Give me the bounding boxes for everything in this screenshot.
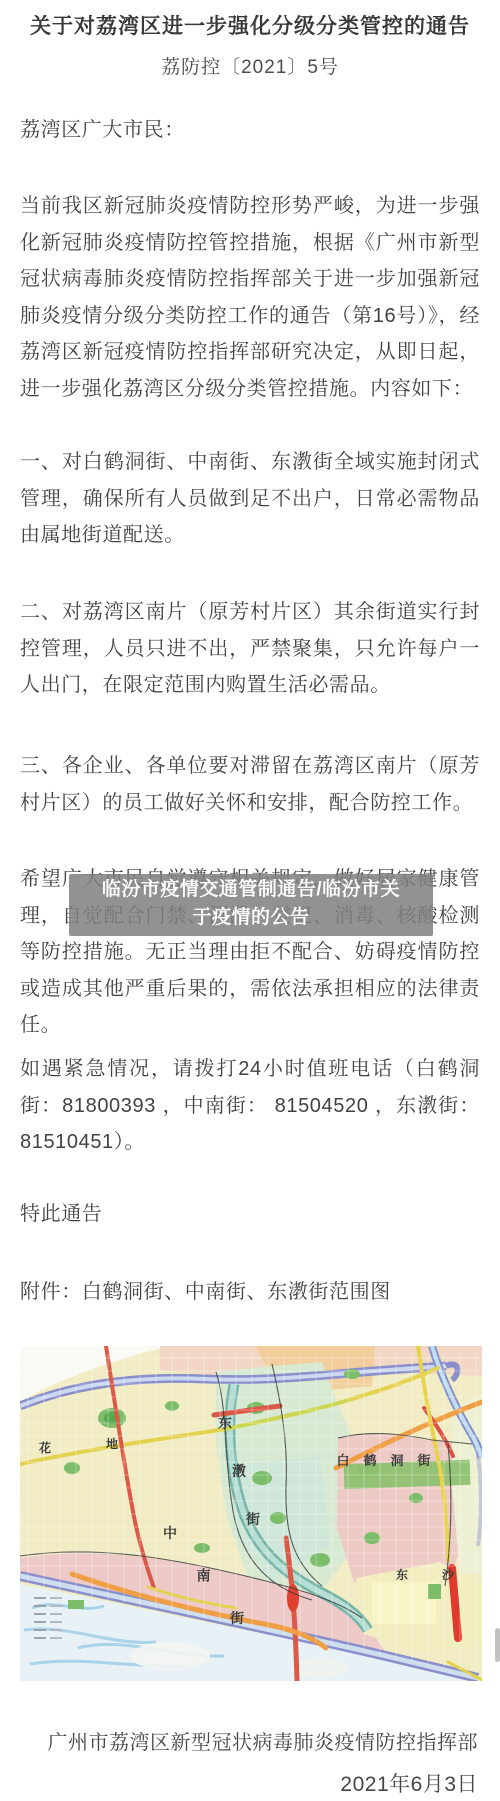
svg-text:街: 街 [416, 1453, 430, 1468]
svg-text:白: 白 [336, 1453, 349, 1468]
district-map-image: 花地东漖街白鹤洞街中南街东沙 [20, 1346, 482, 1681]
notice-title: 关于对荔湾区进一步强化分级分类管控的通告 [0, 10, 500, 40]
closing-phrase: 特此通告 [20, 1196, 480, 1233]
svg-text:中: 中 [163, 1525, 177, 1541]
svg-text:地: 地 [106, 1436, 118, 1451]
attachment-label: 附件：白鹤洞街、中南街、东漖街范围图 [20, 1274, 480, 1311]
notice-paragraph: 三、各企业、各单位要对滞留在荔湾区南片（原芳村片区）的员工做好关怀和安排，配合防… [20, 748, 480, 821]
watermark-overlay: 临汾市疫情交通管制通告/临汾市关于疫情的公告 [69, 874, 433, 936]
svg-text:沙: 沙 [442, 1567, 455, 1582]
notice-paragraph: 如遇紧急情况，请拨打24小时值班电话（白鹤洞街：81800393 ，中南街： 8… [20, 1051, 480, 1161]
svg-text:洞: 洞 [390, 1453, 403, 1468]
svg-text:南: 南 [197, 1568, 211, 1584]
notice-doc-number: 荔防控〔2021〕5号 [0, 52, 500, 79]
map-island [130, 1642, 210, 1670]
document-date: 2021年6月3日 [20, 1768, 478, 1798]
notice-paragraph: 当前我区新冠肺炎疫情防控形势严峻，为进一步强化新冠肺炎疫情防控管控措施，根据《广… [20, 188, 480, 407]
svg-text:东: 东 [396, 1567, 408, 1582]
issuer-line: 广州市荔湾区新型冠状病毒肺炎疫情防控指挥部 [20, 1726, 478, 1755]
svg-text:鹤: 鹤 [362, 1453, 377, 1468]
svg-text:东: 东 [218, 1415, 232, 1431]
notice-paragraph: 二、对荔湾区南片（原芳村片区）其余街道实行封控管理，人员只进不出，严禁聚集，只允… [20, 594, 480, 704]
map-pale-block [372, 1582, 436, 1624]
svg-text:漖: 漖 [232, 1463, 246, 1479]
scrollbar-thumb[interactable] [495, 1628, 500, 1662]
salutation: 荔湾区广大市民： [20, 112, 480, 149]
notice-paragraph: 一、对白鹤洞街、中南街、东漖街全域实施封闭式管理，确保所有人员做到足不出户，日常… [20, 444, 480, 554]
district-map-svg: 花地东漖街白鹤洞街中南街东沙 [20, 1346, 482, 1681]
document-page: 关于对荔湾区进一步强化分级分类管控的通告 荔防控〔2021〕5号 荔湾区广大市民… [0, 0, 500, 1801]
svg-text:街: 街 [246, 1511, 260, 1527]
svg-text:街: 街 [230, 1610, 244, 1626]
svg-text:花: 花 [38, 1440, 51, 1455]
